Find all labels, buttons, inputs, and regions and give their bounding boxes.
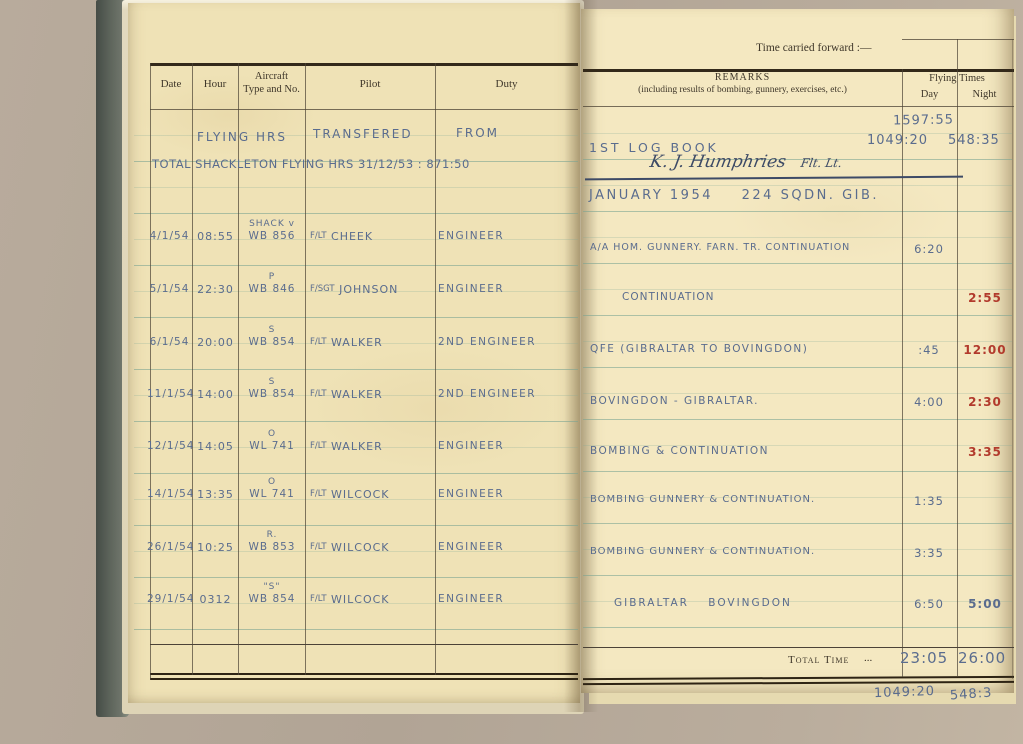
col-header-night: Night <box>957 89 1012 100</box>
night-time-cell: 12:00 <box>958 343 1012 357</box>
day-time-cell: 4:00 <box>902 395 956 409</box>
remarks-cell: QFE (GIBRALTAR TO BOVINGDON) <box>590 343 900 355</box>
transfer-note-2: TRANSFERED <box>313 127 413 141</box>
month-heading: JANUARY 1954 224 SQDN. GIB. <box>589 188 879 203</box>
rule-line <box>150 673 578 675</box>
night-time-cell: 2:30 <box>958 395 1012 409</box>
total-day: 23:05 <box>900 649 948 667</box>
log-row-right: GIBRALTAR BOVINGDON 6:50 5:00 <box>0 597 1023 623</box>
log-row-right: CONTINUATION 2:55 <box>0 291 1023 317</box>
rule-line <box>583 106 1014 107</box>
aircraft-mark: O <box>239 477 305 487</box>
col-header-duty: Duty <box>435 78 578 90</box>
signature-rank: Flt. Lt. <box>800 156 844 170</box>
day-time-cell: 6:50 <box>902 597 956 611</box>
col-header-day: Day <box>902 89 957 100</box>
carried-forward-night: 548:35 <box>948 133 1000 148</box>
day-time-cell: 1:35 <box>902 494 956 508</box>
signature: K. J. Humphries Flt. Lt. <box>648 152 844 172</box>
rule-line <box>902 39 1014 40</box>
log-row-right: BOMBING & CONTINUATION 3:35 <box>0 445 1023 471</box>
total-time-dots: ... <box>864 652 872 664</box>
duty-cell: ENGINEER <box>438 230 578 242</box>
total-night: 26:00 <box>958 649 1006 667</box>
aircraft-mark: S <box>239 325 305 335</box>
date-cell: 4/1/54 <box>147 230 192 242</box>
carried-forward-total: 1597:55 <box>893 112 954 128</box>
aircraft-mark: S <box>239 377 305 387</box>
col-header-remarks: REMARKS <box>583 72 902 83</box>
col-header-hour: Hour <box>192 78 238 90</box>
month-label: JANUARY 1954 <box>589 188 713 203</box>
col-header-aircraft-2: Type and No. <box>238 84 305 95</box>
log-row-right: BOMBING GUNNERY & CONTINUATION. 1:35 <box>0 494 1023 520</box>
scanned-logbook-page: Time carried forward :— Date Hour Aircra… <box>0 0 1023 744</box>
remarks-cell: CONTINUATION <box>590 291 932 303</box>
pilot-rank: F/LT <box>310 231 327 241</box>
remarks-cell: BOMBING GUNNERY & CONTINUATION. <box>590 546 900 557</box>
day-time-cell: 3:35 <box>902 546 956 560</box>
rule-line <box>583 647 1014 648</box>
remarks-cell: BOMBING GUNNERY & CONTINUATION. <box>590 494 900 505</box>
total-forward-day: 1049:20 <box>874 684 936 701</box>
transfer-note-3: FROM <box>456 126 499 140</box>
transfer-note-1: FLYING HRS <box>197 130 287 144</box>
aircraft-cell: SHACK vWB 856 <box>239 230 305 242</box>
column-line <box>150 63 151 680</box>
log-row-right: A/A HOM. GUNNERY. FARN. TR. CONTINUATION… <box>0 242 1023 268</box>
col-header-remarks-sub: (including results of bombing, gunnery, … <box>583 85 902 95</box>
day-time-cell: :45 <box>902 343 956 357</box>
carried-forward-label: Time carried forward :— <box>756 42 872 54</box>
night-time-cell: 2:55 <box>958 291 1012 305</box>
transfer-note-line2: TOTAL SHACKLETON FLYING HRS 31/12/53 : 8… <box>152 157 470 171</box>
rule-line <box>150 63 578 66</box>
column-line <box>305 63 306 675</box>
aircraft-mark: R. <box>239 530 305 540</box>
day-time-cell: 6:20 <box>902 242 956 256</box>
remarks-cell: GIBRALTAR BOVINGDON <box>590 597 924 609</box>
total-forward-night: 548:3 <box>950 686 993 704</box>
remarks-cell: A/A HOM. GUNNERY. FARN. TR. CONTINUATION <box>590 242 900 253</box>
night-time-cell: 3:35 <box>958 445 1012 459</box>
aircraft-mark: P <box>239 272 305 282</box>
night-time-cell: 5:00 <box>958 597 1012 611</box>
log-row-right: QFE (GIBRALTAR TO BOVINGDON) :45 12:00 <box>0 343 1023 369</box>
rule-line <box>150 678 578 680</box>
rule-line <box>150 644 578 645</box>
aircraft-mark: O <box>239 429 305 439</box>
column-line <box>435 63 436 675</box>
col-header-aircraft-1: Aircraft <box>238 71 305 82</box>
aircraft-mark: "S" <box>239 582 305 592</box>
column-line <box>902 69 903 677</box>
col-header-flying-times: Flying Times <box>902 73 1012 84</box>
log-row-right: BOVINGDON - GIBRALTAR. 4:00 2:30 <box>0 395 1023 421</box>
column-line <box>192 63 193 675</box>
remarks-cell: BOVINGDON - GIBRALTAR. <box>590 395 900 407</box>
squadron-label: 224 SQDN. GIB. <box>742 188 879 203</box>
aircraft-no: WB 856 <box>249 230 296 242</box>
signature-name: K. J. Humphries <box>648 152 787 172</box>
col-header-pilot: Pilot <box>305 78 435 90</box>
aircraft-mark: SHACK v <box>239 219 305 229</box>
col-header-date: Date <box>150 78 192 90</box>
remarks-cell: BOMBING & CONTINUATION <box>590 445 900 457</box>
carried-forward-day: 1049:20 <box>867 133 928 148</box>
log-row-right: BOMBING GUNNERY & CONTINUATION. 3:35 <box>0 546 1023 572</box>
total-time-label: Total Time <box>788 654 849 666</box>
